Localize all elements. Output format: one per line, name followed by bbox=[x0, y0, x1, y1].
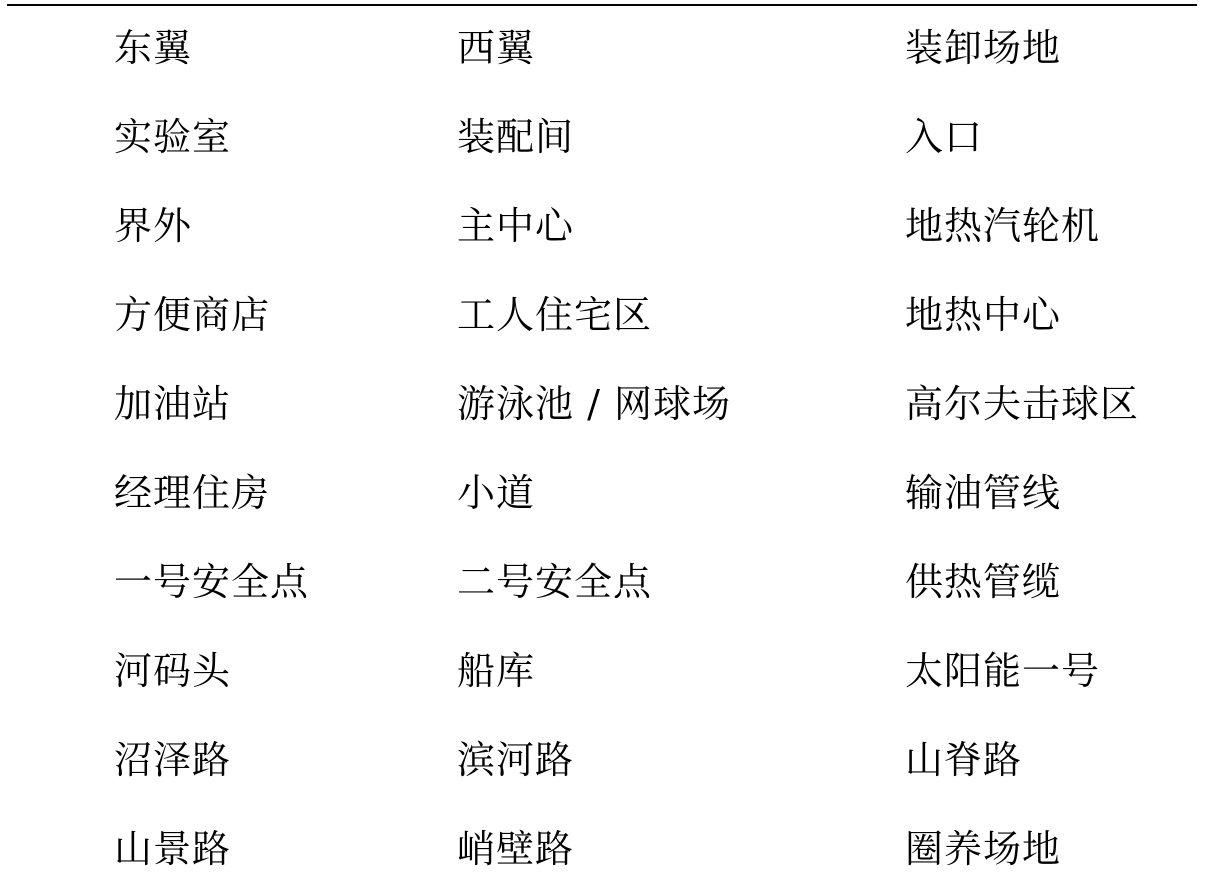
table-cell: 界外 bbox=[114, 196, 192, 256]
table-cell: 沼泽路 bbox=[114, 730, 231, 790]
table-cell: 二号安全点 bbox=[457, 552, 652, 612]
table-cell: 输油管线 bbox=[905, 463, 1061, 523]
table-row: 沼泽路 滨河路 山脊路 bbox=[0, 730, 1206, 790]
table-cell: 山脊路 bbox=[905, 730, 1022, 790]
table-cell: 方便商店 bbox=[114, 285, 270, 345]
table-row: 经理住房 小道 输油管线 bbox=[0, 463, 1206, 523]
table-cell: 圈养场地 bbox=[905, 819, 1061, 877]
table-cell: 东翼 bbox=[114, 18, 192, 78]
table-row: 实验室 装配间 入口 bbox=[0, 107, 1206, 167]
table-cell: 入口 bbox=[905, 107, 983, 167]
table-cell: 工人住宅区 bbox=[457, 285, 652, 345]
table-cell: 地热中心 bbox=[905, 285, 1061, 345]
table-row: 山景路 峭壁路 圈养场地 bbox=[0, 819, 1206, 877]
table-cell: 船库 bbox=[457, 641, 535, 701]
table-row: 界外 主中心 地热汽轮机 bbox=[0, 196, 1206, 256]
table-cell: 游泳池 / 网球场 bbox=[457, 374, 731, 434]
table-row: 加油站 游泳池 / 网球场 高尔夫击球区 bbox=[0, 374, 1206, 434]
table-row: 东翼 西翼 装卸场地 bbox=[0, 18, 1206, 78]
table-cell: 河码头 bbox=[114, 641, 231, 701]
table-cell: 装配间 bbox=[457, 107, 574, 167]
table-cell: 装卸场地 bbox=[905, 18, 1061, 78]
table-row: 河码头 船库 太阳能一号 bbox=[0, 641, 1206, 701]
table-cell: 高尔夫击球区 bbox=[905, 374, 1139, 434]
table-cell: 供热管缆 bbox=[905, 552, 1061, 612]
table-cell: 峭壁路 bbox=[457, 819, 574, 877]
table-cell: 太阳能一号 bbox=[905, 641, 1100, 701]
table-cell: 滨河路 bbox=[457, 730, 574, 790]
table-cell: 小道 bbox=[457, 463, 535, 523]
table-cell: 一号安全点 bbox=[114, 552, 309, 612]
table-row: 方便商店 工人住宅区 地热中心 bbox=[0, 285, 1206, 345]
table-cell: 主中心 bbox=[457, 196, 574, 256]
table-cell: 山景路 bbox=[114, 819, 231, 877]
table-cell: 实验室 bbox=[114, 107, 231, 167]
table-cell: 加油站 bbox=[114, 374, 231, 434]
table-cell: 经理住房 bbox=[114, 463, 270, 523]
table-row: 一号安全点 二号安全点 供热管缆 bbox=[0, 552, 1206, 612]
table-cell: 地热汽轮机 bbox=[905, 196, 1100, 256]
top-rule-divider bbox=[7, 4, 1197, 6]
table-cell: 西翼 bbox=[457, 18, 535, 78]
